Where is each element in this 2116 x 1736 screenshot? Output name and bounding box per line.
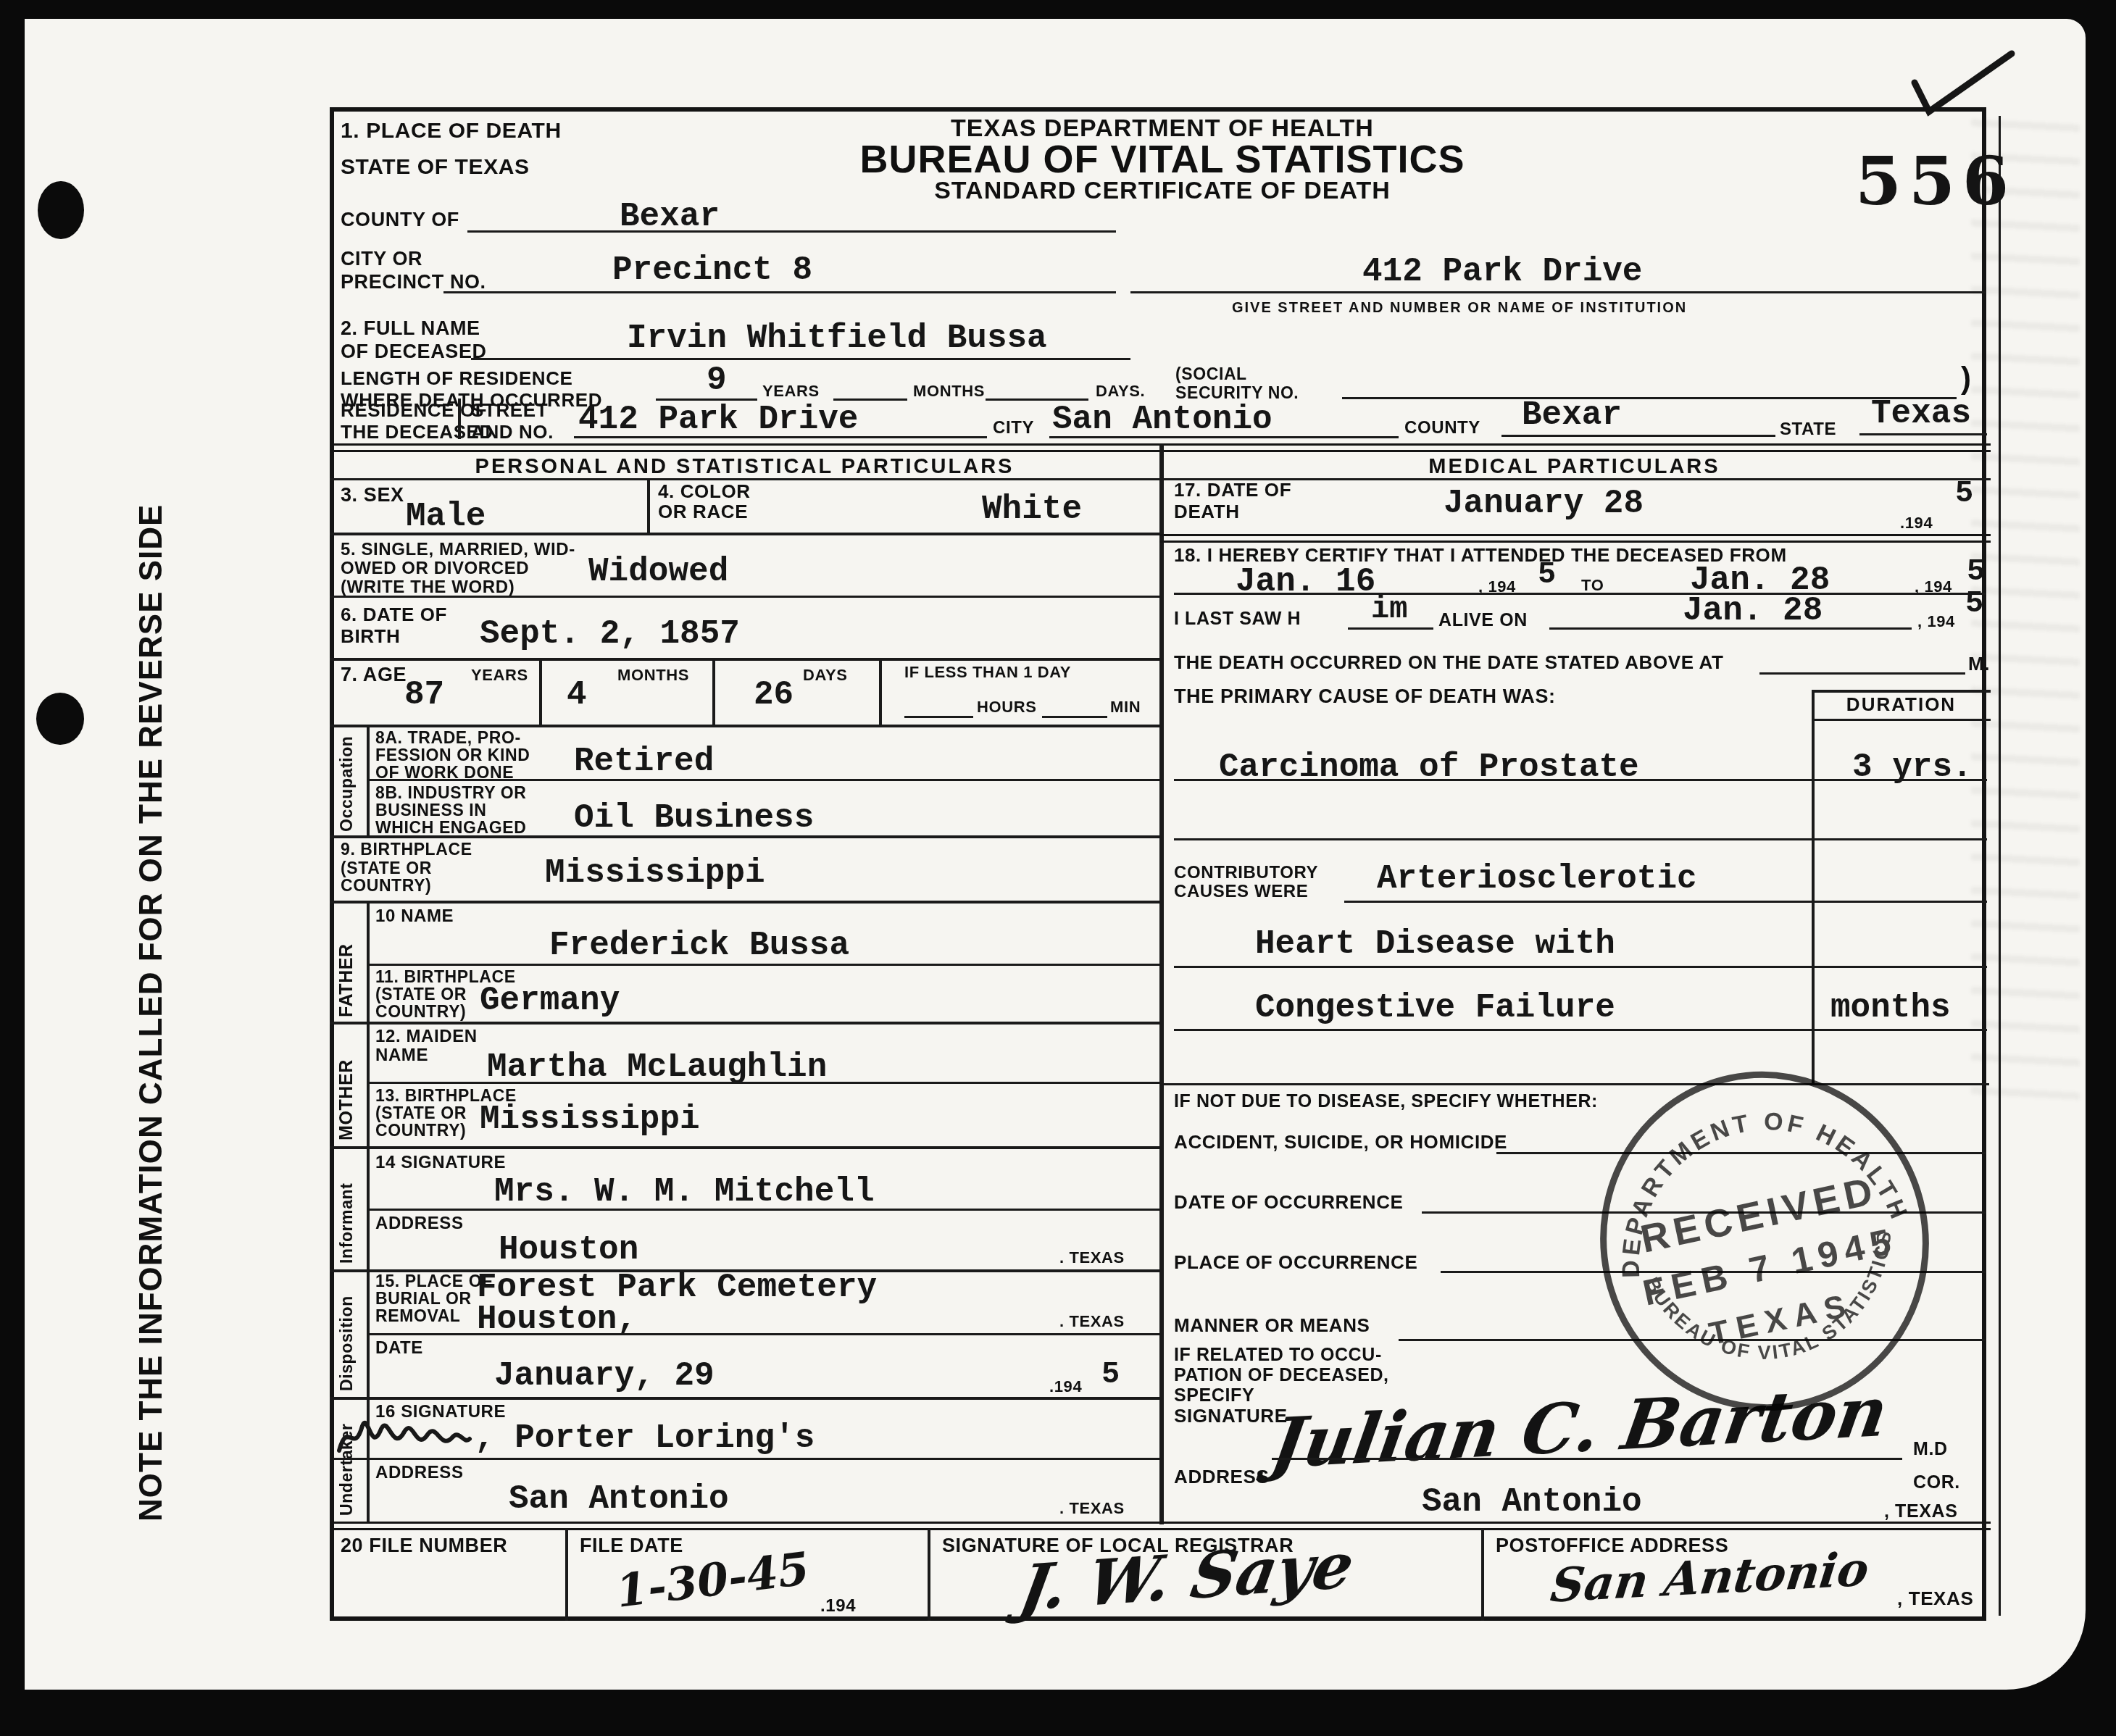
age-days-value: 26 — [754, 678, 793, 711]
ssn-label: (SOCIAL — [1175, 365, 1247, 384]
rule — [367, 1209, 1159, 1211]
city-precinct-label: CITY OR — [341, 248, 422, 270]
undertaker-address-label: ADDRESS — [375, 1464, 464, 1483]
rule — [1159, 534, 1991, 543]
maiden-name-label: 12. MAIDEN — [375, 1027, 478, 1047]
certify-to-label: TO — [1581, 577, 1604, 595]
burial-label3: REMOVAL — [375, 1307, 461, 1326]
related-label2: PATION OF DECEASED, — [1174, 1365, 1389, 1385]
footer-cell-divider — [565, 1529, 568, 1621]
personal-section-header: PERSONAL AND STATISTICAL PARTICULARS — [330, 455, 1159, 478]
physician-address-value: San Antonio — [1422, 1485, 1642, 1519]
county-of-label: COUNTY OF — [341, 209, 459, 230]
certificate-number: 556 — [1855, 142, 2016, 220]
death-date-year-digit: 5 — [1955, 478, 1973, 509]
outer-right-rule — [1999, 116, 2001, 1616]
contributory-label2: CAUSES WERE — [1174, 882, 1308, 902]
residence-length-years-value: 9 — [707, 364, 727, 397]
birthplace-label2: (STATE OR — [341, 859, 432, 878]
physician-signature-label: SIGNATURE — [1174, 1406, 1288, 1427]
race-value: White — [982, 493, 1082, 526]
rule — [471, 358, 1130, 360]
rule — [367, 779, 1159, 781]
cell-divider — [647, 478, 650, 533]
burial-label: 15. PLACE OF — [375, 1272, 493, 1291]
disposition-group-label: Disposition — [338, 1275, 357, 1391]
father-name-value: Frederick Bussa — [549, 929, 849, 962]
residence-length-label: LENGTH OF RESIDENCE — [341, 368, 573, 389]
dept-title-line2: BUREAU OF VITAL STATISTICS — [836, 138, 1488, 181]
rule — [1174, 593, 1986, 595]
rule — [330, 835, 1159, 838]
certify-to-year: 5 — [1967, 556, 1985, 587]
residence-bracket — [458, 398, 461, 439]
dept-title-line3: STANDARD CERTIFICATE OF DEATH — [836, 177, 1488, 204]
rule — [1759, 672, 1965, 675]
rule — [330, 596, 1159, 598]
rule — [330, 658, 1159, 661]
father-birthplace-value: Germany — [480, 984, 620, 1017]
burial-place-value: Forest Park Cemetery — [477, 1271, 877, 1304]
sex-value: Male — [406, 500, 486, 533]
rule — [1174, 966, 1987, 968]
residence-city-label: CITY — [993, 419, 1034, 438]
sex-label: 3. SEX — [341, 484, 404, 506]
age-months-value: 4 — [567, 678, 587, 711]
rule — [1812, 690, 1991, 693]
rule — [1549, 627, 1912, 630]
age-days-label: DAYS — [803, 667, 848, 685]
age-years-value: 87 — [404, 678, 444, 711]
street-caption: GIVE STREET AND NUMBER OR NAME OF INSTIT… — [1232, 300, 1687, 316]
birth-date-label2: BIRTH — [341, 626, 400, 647]
state-of-texas-label: STATE OF TEXAS — [341, 155, 530, 180]
physician-cor-label: COR. — [1913, 1472, 1960, 1493]
accident-label: ACCIDENT, SUICIDE, OR HOMICIDE — [1174, 1132, 1507, 1153]
full-name-label2: OF DECEASED — [341, 341, 487, 362]
race-label2: OR RACE — [658, 501, 748, 522]
last-saw-label2: ALIVE ON — [1438, 610, 1528, 630]
undertaker-address-value: San Antonio — [509, 1482, 729, 1516]
last-saw-year: 5 — [1965, 588, 1983, 619]
age-years-label: YEARS — [471, 667, 528, 685]
occurrence-place-label: PLACE OF OCCURRENCE — [1174, 1252, 1417, 1273]
street-no-label2: AND NO. — [471, 422, 554, 443]
marital-value: Widowed — [588, 555, 728, 588]
rule — [333, 1458, 1159, 1460]
birthplace-value: Mississippi — [545, 856, 765, 890]
marital-label3: (WRITE THE WORD) — [341, 578, 515, 598]
contributory-value2: Heart Disease with — [1255, 927, 1615, 961]
cell-divider — [712, 658, 715, 725]
contributory-duration: months — [1830, 991, 1951, 1025]
rule — [330, 1022, 1159, 1025]
burial-date-year-prefix: .194 — [1049, 1378, 1082, 1396]
group-strip-divider — [367, 1022, 370, 1146]
last-saw-label: I LAST SAW H — [1174, 609, 1301, 629]
trade-label: 8A. TRADE, PRO- — [375, 729, 521, 748]
rule — [330, 725, 1159, 727]
death-date-label: 17. DATE OF — [1174, 480, 1291, 501]
race-label: 4. COLOR — [658, 481, 751, 502]
industry-label3: WHICH ENGAGED — [375, 819, 526, 838]
informant-address-label: ADDRESS — [375, 1214, 464, 1234]
rule — [1812, 719, 1991, 721]
ssn-close-paren: ) — [1961, 361, 1972, 395]
rule — [1344, 901, 1987, 903]
residence-county-label: COUNTY — [1404, 419, 1480, 438]
contributory-value3: Congestive Failure — [1255, 991, 1615, 1025]
not-disease-label: IF NOT DUE TO DISEASE, SPECIFY WHETHER: — [1174, 1091, 1598, 1111]
rule — [1130, 291, 1986, 293]
city-precinct-value: Precinct 8 — [612, 254, 812, 287]
death-date-label2: DEATH — [1174, 501, 1240, 522]
rule — [574, 436, 987, 438]
group-strip-divider — [367, 901, 370, 1022]
father-birthplace-label3: COUNTRY) — [375, 1003, 466, 1022]
maiden-name-label2: NAME — [375, 1046, 428, 1066]
birth-date-label: 6. DATE OF — [341, 604, 447, 625]
last-saw-fill: im — [1371, 594, 1407, 625]
footer-cell-divider — [1481, 1529, 1484, 1621]
marital-label: 5. SINGLE, MARRIED, WID- — [341, 541, 575, 560]
county-of-value: Bexar — [620, 200, 720, 233]
manner-label: MANNER OR MEANS — [1174, 1315, 1370, 1336]
rule — [1272, 1458, 1902, 1460]
rule — [1342, 397, 1957, 399]
cell-divider — [879, 658, 882, 725]
contributory-label: CONTRIBUTORY — [1174, 864, 1318, 883]
age-label: 7. AGE — [341, 664, 407, 685]
mother-birthplace-value: Mississippi — [480, 1103, 700, 1136]
death-date-value: January 28 — [1444, 487, 1644, 520]
informant-signature-label: 14 SIGNATURE — [375, 1153, 506, 1173]
hole-punch — [36, 693, 84, 745]
industry-value: Oil Business — [574, 801, 814, 835]
rule — [367, 964, 1159, 966]
burial-date-value: January, 29 — [494, 1359, 715, 1393]
rule — [367, 1082, 1159, 1084]
industry-label2: BUSINESS IN — [375, 801, 487, 820]
days-label: DAYS. — [1096, 383, 1145, 401]
scanned-death-certificate: { "scan": { "certificate_number": "556" … — [0, 0, 2116, 1736]
postoffice-state: , TEXAS — [1897, 1588, 1973, 1609]
occupation-group-label: Occupation — [338, 730, 357, 832]
medical-section-header: MEDICAL PARTICULARS — [1159, 455, 1989, 478]
residence-street-value: 412 Park Drive — [578, 403, 858, 436]
related-label3: SPECIFY — [1174, 1385, 1254, 1406]
file-date-label: FILE DATE — [580, 1535, 683, 1556]
death-occurred-label: THE DEATH OCCURRED ON THE DATE STATED AB… — [1174, 652, 1723, 673]
ssn-label2: SECURITY NO. — [1175, 384, 1299, 403]
rule — [1174, 838, 1987, 840]
rule — [1174, 779, 1987, 781]
full-name-value: Irvin Whitfield Bussa — [627, 322, 1047, 355]
file-date-year: .194 — [820, 1597, 856, 1616]
informant-address-state: . TEXAS — [1059, 1249, 1125, 1267]
burial-label2: BURIAL OR — [375, 1290, 472, 1309]
residence-label: RESIDENCE OF — [341, 400, 487, 421]
burial-date-year-digit: 5 — [1101, 1359, 1120, 1390]
informant-address-value: Houston — [499, 1233, 638, 1266]
rule — [1501, 435, 1775, 437]
footer-cell-divider — [928, 1529, 930, 1621]
certify-from-year: 5 — [1538, 559, 1556, 590]
contributory-value1: Arteriosclerotic — [1377, 862, 1697, 896]
mother-birthplace-label2: (STATE OR — [375, 1104, 467, 1123]
physician-address-label: ADDRESS — [1174, 1466, 1269, 1487]
full-name-label: 2. FULL NAME — [341, 317, 480, 339]
rule — [330, 901, 1159, 904]
years-label: YEARS — [762, 383, 820, 401]
death-street-value: 412 Park Drive — [1362, 255, 1642, 288]
maiden-name-value: Martha McLaughlin — [487, 1051, 827, 1084]
hole-punch — [38, 181, 84, 239]
footer-divider-rule — [330, 1522, 1991, 1530]
father-birthplace-label2: (STATE OR — [375, 985, 467, 1004]
undertaker-signature-scrawl — [335, 1413, 472, 1461]
residence-state-label: STATE — [1780, 420, 1836, 440]
related-label: IF RELATED TO OCCU- — [1174, 1345, 1382, 1365]
rule — [1859, 433, 1987, 435]
undertaker-address-state: . TEXAS — [1059, 1500, 1125, 1518]
min-label: MIN — [1110, 698, 1141, 717]
industry-label: 8B. INDUSTRY OR — [375, 784, 526, 803]
rule — [1348, 627, 1433, 630]
rule — [467, 230, 1116, 233]
street-no-label: STREET — [471, 400, 548, 421]
undertaker-value: , Porter Loring's — [475, 1422, 815, 1455]
duration-box-divider — [1812, 690, 1815, 1083]
received-stamp: DEPARTMENT OF HEALTH RECEIVED FEB 7 1945… — [1561, 1038, 1968, 1445]
occurrence-date-label: DATE OF OCCURRENCE — [1174, 1192, 1404, 1213]
place-of-death-label: 1. PLACE OF DEATH — [341, 119, 562, 143]
rule — [904, 716, 973, 718]
rule — [1042, 716, 1107, 718]
less-than-day-label: IF LESS THAN 1 DAY — [904, 664, 1071, 682]
birth-date-value: Sept. 2, 1857 — [480, 617, 740, 651]
column-divider — [1159, 443, 1164, 1524]
last-saw-value: Jan. 28 — [1683, 594, 1823, 627]
mother-group-label: MOTHER — [336, 1027, 357, 1140]
residence-county-value: Bexar — [1522, 398, 1622, 432]
father-group-label: FATHER — [336, 907, 357, 1017]
cell-divider — [539, 658, 542, 725]
city-precinct-label2: PRECINCT NO. — [341, 271, 486, 293]
rule — [1174, 1029, 1987, 1031]
birthplace-label: 9. BIRTHPLACE — [341, 840, 472, 859]
burial-city-value: Houston, — [477, 1303, 637, 1336]
residence-state-value: Texas — [1871, 397, 1971, 430]
death-date-year-prefix: .194 — [1900, 514, 1933, 533]
death-occurred-suffix: M. — [1968, 654, 1990, 675]
rule — [1049, 436, 1399, 438]
mother-birthplace-label3: COUNTRY) — [375, 1122, 466, 1140]
physician-address-state: , TEXAS — [1884, 1501, 1957, 1522]
primary-cause-label: THE PRIMARY CAUSE OF DEATH WAS: — [1174, 685, 1556, 707]
father-name-label: 10 NAME — [375, 907, 454, 927]
hours-label: HOURS — [977, 698, 1036, 717]
rule — [330, 1146, 1159, 1149]
residence-city-value: San Antonio — [1052, 403, 1272, 436]
trade-label2: FESSION OR KIND — [375, 746, 530, 765]
rule — [330, 1397, 1159, 1400]
trade-value: Retired — [574, 745, 714, 778]
file-number-label: 20 FILE NUMBER — [341, 1535, 507, 1556]
months-label: MONTHS — [913, 383, 985, 401]
margin-note: NOTE THE INFORMATION CALLED FOR ON THE R… — [133, 290, 169, 1522]
last-saw-year-prefix: , 194 — [1917, 613, 1955, 631]
informant-group-label: Informant — [338, 1152, 357, 1264]
age-months-label: MONTHS — [617, 667, 689, 685]
duration-label: DURATION — [1812, 694, 1991, 715]
group-strip-divider — [367, 1146, 370, 1269]
rule — [330, 533, 1159, 535]
physician-md-label: M.D — [1913, 1439, 1948, 1459]
burial-state: . TEXAS — [1059, 1313, 1125, 1331]
rule — [367, 1333, 1159, 1335]
birthplace-label3: COUNTRY) — [341, 877, 431, 896]
burial-date-label: DATE — [375, 1339, 423, 1359]
informant-signature-value: Mrs. W. M. Mitchell — [494, 1175, 875, 1209]
marital-label2: OWED OR DIVORCED — [341, 559, 529, 579]
rule — [443, 291, 1116, 293]
